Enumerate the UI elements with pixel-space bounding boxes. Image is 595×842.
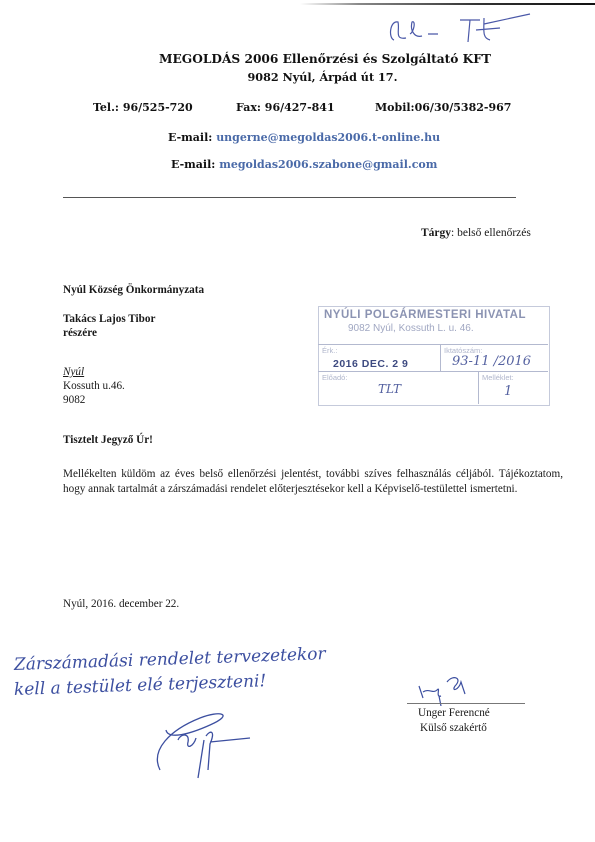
company-name: MEGOLDÁS 2006 Ellenőrzési és Szolgáltató… (0, 52, 595, 66)
email-link[interactable]: ungerne@megoldas2006.t-online.hu (216, 131, 440, 144)
mobile-number: Mobil:06/30/5382-967 (375, 101, 511, 114)
signature-line (407, 703, 525, 704)
greeting: Tisztelt Jegyző Úr! (63, 434, 153, 446)
attachments-value: 1 (504, 384, 512, 399)
email-line-2: E-mail: megoldas2006.szabone@gmail.com (171, 158, 437, 171)
stamp-title: NYÚLI POLGÁRMESTERI HIVATAL (324, 309, 526, 321)
subject-value: : belső ellenőrzés (451, 227, 531, 239)
file-number: 93-11 /2016 (452, 354, 531, 369)
header-divider (63, 197, 516, 198)
recipient-name: Takács Lajos Tibor (63, 313, 155, 325)
signer-title: Külső szakértő (420, 722, 487, 734)
email-label: E-mail: (168, 131, 212, 144)
handwritten-signature (150, 700, 270, 780)
stamp-address: 9082 Nyúl, Kossuth L. u. 46. (348, 323, 474, 334)
handler-label: Előadó: (322, 373, 347, 382)
handwritten-note-line-2: kell a testület elé terjeszteni! (14, 671, 267, 700)
recipient-city: Nyúl (63, 366, 84, 378)
company-address: 9082 Nyúl, Árpád út 17. (0, 70, 595, 84)
recipient-organization: Nyúl Község Önkormányzata (63, 284, 204, 296)
received-date: 2016 DEC. 2 9 (333, 358, 408, 370)
recipient-street: Kossuth u.46. (63, 380, 125, 392)
expert-signature (415, 672, 485, 706)
subject-label: Tárgy (421, 227, 451, 239)
scan-edge-rule (300, 3, 595, 5)
signer-name: Unger Ferencné (418, 707, 490, 719)
received-label: Érk.: (322, 346, 337, 355)
subject-line: Tárgy: belső ellenőrzés (421, 227, 531, 239)
place-and-date: Nyúl, 2016. december 22. (63, 598, 179, 610)
email-label: E-mail: (171, 158, 215, 171)
email-link[interactable]: megoldas2006.szabone@gmail.com (219, 158, 437, 171)
handwritten-initials (380, 10, 540, 50)
fax-number: Fax: 96/427-841 (236, 101, 335, 114)
handwritten-note-line-1: Zárszámadási rendelet tervezetekor (14, 644, 326, 675)
registration-stamp: NYÚLI POLGÁRMESTERI HIVATAL 9082 Nyúl, K… (318, 306, 550, 406)
recipient-zip: 9082 (63, 394, 85, 406)
handler-value: TLT (378, 382, 401, 396)
letter-body: Mellékelten küldöm az éves belső ellenőr… (63, 467, 563, 496)
phone-number: Tel.: 96/525-720 (93, 101, 193, 114)
recipient-attention: részére (63, 327, 97, 339)
attachments-label: Melléklet: (482, 373, 514, 382)
email-line-1: E-mail: ungerne@megoldas2006.t-online.hu (168, 131, 440, 144)
